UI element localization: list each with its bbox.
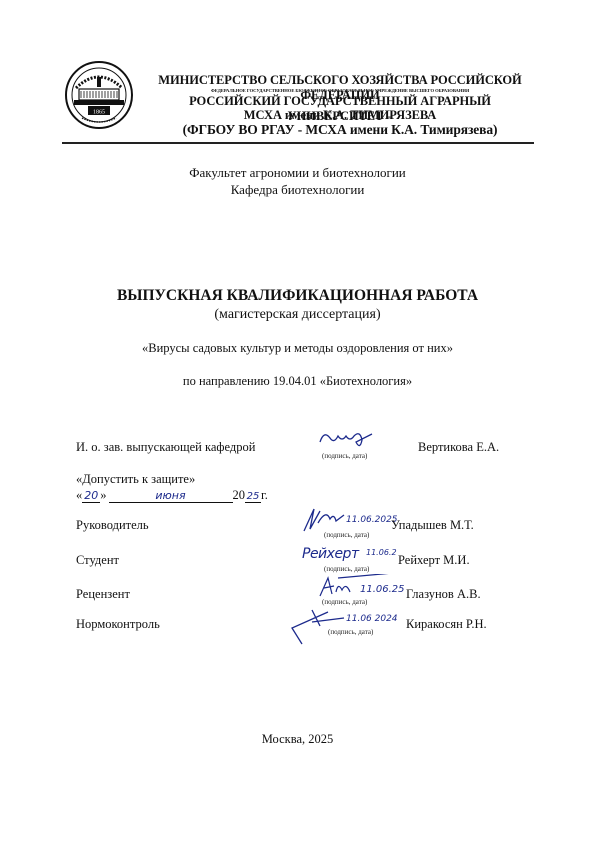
city-year: Москва, 2025 bbox=[0, 732, 595, 747]
university-abbreviation: (ФГБОУ ВО РГАУ - МСХА имени К.А. Тимиряз… bbox=[140, 122, 540, 138]
work-title: ВЫПУСКНАЯ КВАЛИФИКАЦИОННАЯ РАБОТА bbox=[0, 287, 595, 305]
signatory-date: 11.06.2 bbox=[366, 548, 397, 557]
signature-caption: (подпись, дата) bbox=[322, 598, 367, 606]
admission-label: «Допустить к защите» bbox=[76, 472, 195, 487]
signatory-date: 11.06.2025 bbox=[346, 515, 398, 525]
signatory-name: Глазунов А.В. bbox=[406, 587, 481, 602]
work-topic: «Вирусы садовых культур и методы оздоров… bbox=[0, 341, 595, 356]
signature-caption: (подпись, дата) bbox=[324, 531, 369, 539]
signatory-role: Студент bbox=[76, 553, 119, 568]
signature-caption: (подпись, дата) bbox=[322, 452, 367, 460]
admission-year: 25 bbox=[245, 491, 261, 503]
signatory-role: Нормоконтроль bbox=[76, 617, 160, 632]
head-of-department-role: И. о. зав. выпускающей кафедрой bbox=[76, 440, 255, 455]
signatory-role: Рецензент bbox=[76, 587, 130, 602]
signature-caption: (подпись, дата) bbox=[328, 628, 373, 636]
svg-text:1865: 1865 bbox=[93, 110, 105, 116]
signatory-role: Руководитель bbox=[76, 518, 149, 533]
department-name: Кафедра биотехнологии bbox=[0, 182, 595, 198]
signatory-name: Упадышев М.Т. bbox=[391, 518, 474, 533]
admission-date: «20»июня2025г. bbox=[76, 488, 268, 503]
university-name-line2: МСХА имени К.А. ТИМИРЯЗЕВА bbox=[140, 108, 540, 123]
university-seal-icon: 1865 bbox=[64, 60, 134, 130]
signatory-date: 11.06.25 bbox=[360, 584, 405, 595]
signature-caption: (подпись, дата) bbox=[324, 565, 369, 573]
admission-month: июня bbox=[109, 489, 233, 503]
header-divider bbox=[62, 142, 534, 144]
admission-day: 20 bbox=[82, 489, 100, 503]
work-direction: по направлению 19.04.01 «Биотехнология» bbox=[0, 374, 595, 389]
faculty-name: Факультет агрономии и биотехнологии bbox=[0, 165, 595, 181]
student-signature: Рейхерт bbox=[302, 546, 359, 562]
signatory-name: Киракосян Р.Н. bbox=[406, 617, 487, 632]
work-type: (магистерская диссертация) bbox=[0, 307, 595, 323]
head-of-department-name: Вертикова Е.А. bbox=[418, 440, 499, 455]
signatory-date: 11.06 2024 bbox=[346, 614, 398, 624]
institution-type: ФЕДЕРАЛЬНОЕ ГОСУДАРСТВЕННОЕ БЮДЖЕТНОЕ ОБ… bbox=[140, 88, 540, 93]
signatory-name: Рейхерт М.И. bbox=[398, 553, 470, 568]
